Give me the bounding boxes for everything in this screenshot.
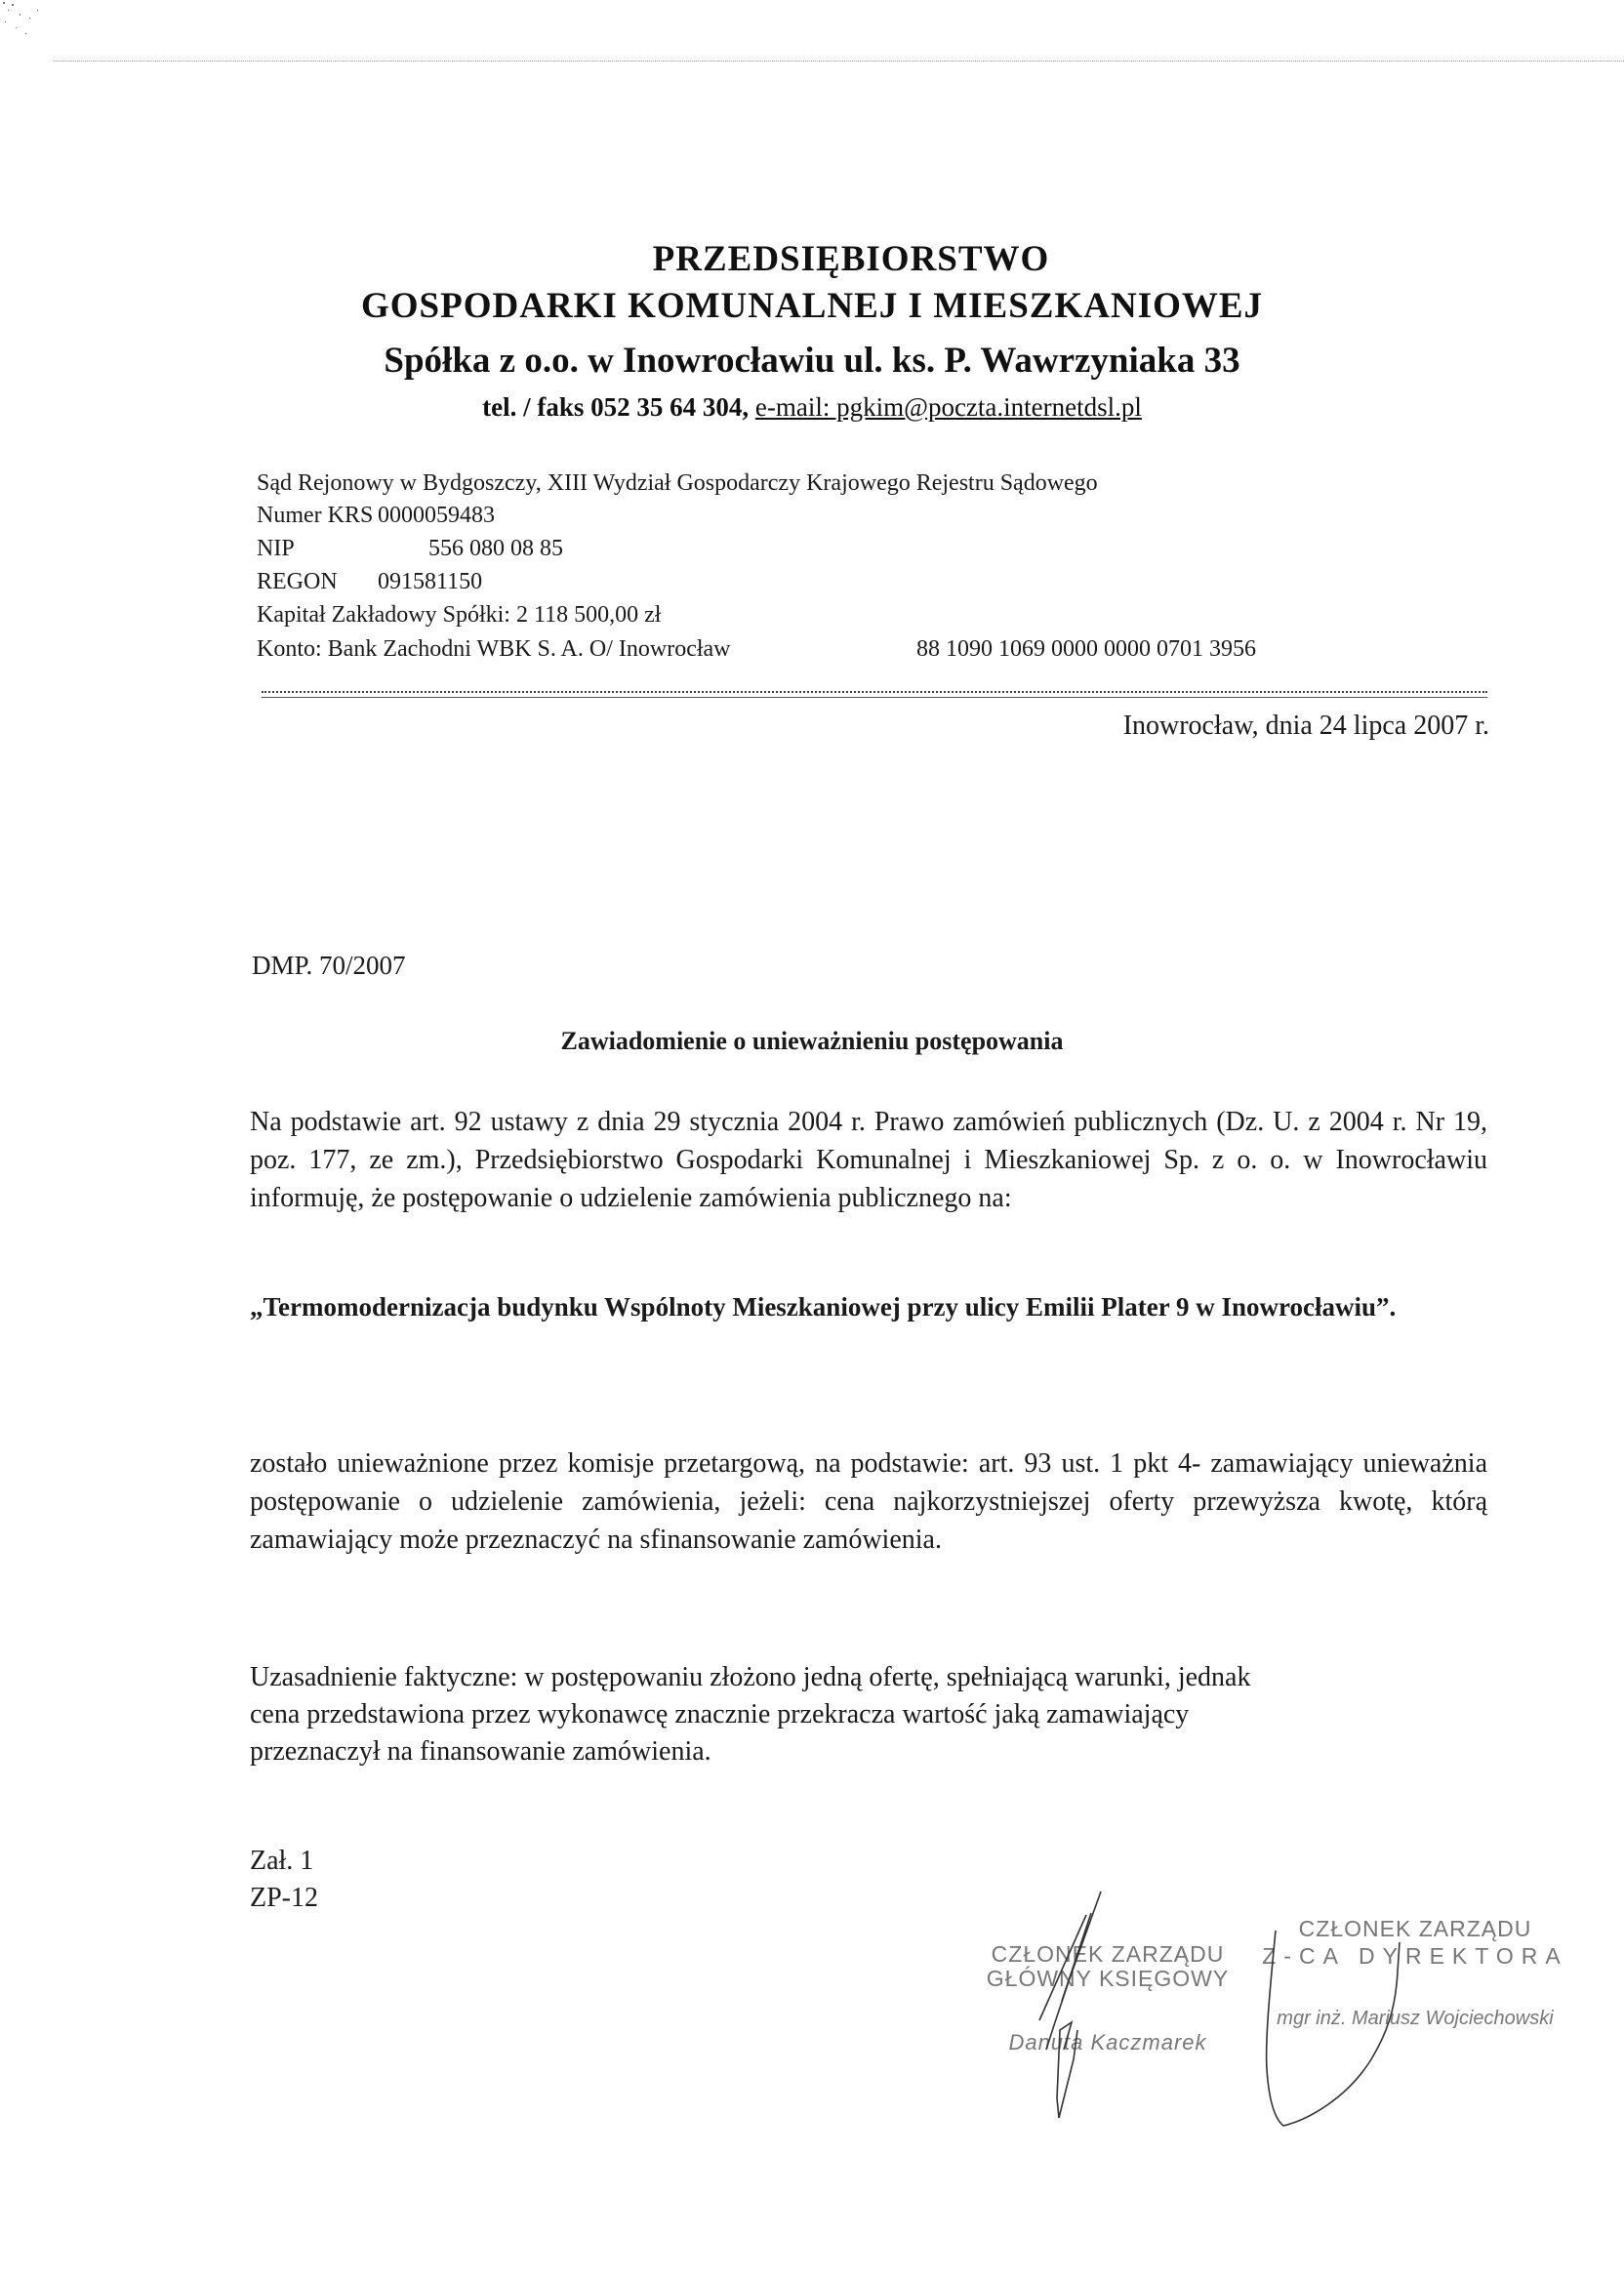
procurement-subject: „Termomodernizacja budynku Wspólnoty Mie… xyxy=(250,1288,1487,1325)
reference-number: DMP. 70/2007 xyxy=(252,951,406,981)
regon-label: REGON xyxy=(257,565,372,599)
stamp-name: Danuta Kaczmarek xyxy=(961,2030,1254,2054)
stamp-name: mgr inż. Mariusz Wojciechowski xyxy=(1210,2005,1620,2032)
paragraph-cancellation: zostało unieważnione przez komisje przet… xyxy=(250,1444,1487,1559)
paragraph-justification: Uzasadnienie faktyczne: w postępowaniu z… xyxy=(250,1659,1421,1770)
email-link[interactable]: e-mail: pgkim@poczta.internetdsl.pl xyxy=(755,392,1142,422)
stamp-deputy-director: CZŁONEK ZARZĄDU Z-CA DYREKTORA mgr inż. … xyxy=(1210,1915,1620,2032)
header-separator xyxy=(262,691,1487,698)
phone-fax: tel. / faks 052 35 64 304, xyxy=(482,392,749,422)
scan-top-rule xyxy=(54,61,1624,61)
nip-label: NIP xyxy=(257,532,423,566)
paragraph-legal-basis: Na podstawie art. 92 ustawy z dnia 29 st… xyxy=(250,1103,1487,1217)
scan-speckles xyxy=(0,0,44,44)
attachment-line: ZP-12 xyxy=(250,1880,318,1917)
bank-name: Konto: Bank Zachodni WBK S. A. O/ Inowro… xyxy=(257,632,911,667)
company-name-line2: GOSPODARKI KOMUNALNEJ I MIESZKANIOWEJ xyxy=(0,285,1624,327)
bank-account: Konto: Bank Zachodni WBK S. A. O/ Inowro… xyxy=(257,632,1256,667)
attachments: Zał. 1 ZP-12 xyxy=(250,1843,318,1917)
nip-value: 556 080 08 85 xyxy=(428,536,563,561)
company-contact: tel. / faks 052 35 64 304, e-mail: pgkim… xyxy=(0,392,1624,423)
justification-line: Uzasadnienie faktyczne: w postępowaniu z… xyxy=(250,1659,1421,1696)
company-name-line1: PRZEDSIĘBIORSTWO xyxy=(0,238,1624,280)
regon-number: REGON 091581150 xyxy=(257,565,482,599)
share-capital: Kapitał Zakładowy Spółki: 2 118 500,00 z… xyxy=(257,598,661,632)
regon-value: 091581150 xyxy=(378,569,482,594)
justification-line: przeznaczył na finansowanie zamówienia. xyxy=(250,1733,1421,1770)
court-registry: Sąd Rejonowy w Bydgoszczy, XIII Wydział … xyxy=(257,467,1098,501)
stamp-line: CZŁONEK ZARZĄDU xyxy=(1210,1915,1620,1942)
nip-number: NIP 556 080 08 85 xyxy=(257,532,563,566)
justification-line: cena przedstawiona przez wykonawcę znacz… xyxy=(250,1696,1421,1733)
company-address: Spółka z o.o. w Inowrocławiu ul. ks. P. … xyxy=(0,340,1624,382)
stamp-line: Z-CA DYREKTORA xyxy=(1210,1942,1620,1970)
document-title: Zawiadomienie o unieważnieniu postępowan… xyxy=(0,1027,1624,1056)
krs-value: 0000059483 xyxy=(378,503,495,528)
account-number: 88 1090 1069 0000 0000 0701 3956 xyxy=(916,636,1256,662)
place-date: Inowrocław, dnia 24 lipca 2007 r. xyxy=(1123,711,1489,742)
krs-number: Numer KRS 0000059483 xyxy=(257,499,495,533)
krs-label: Numer KRS xyxy=(257,499,372,533)
attachment-line: Zał. 1 xyxy=(250,1843,318,1880)
